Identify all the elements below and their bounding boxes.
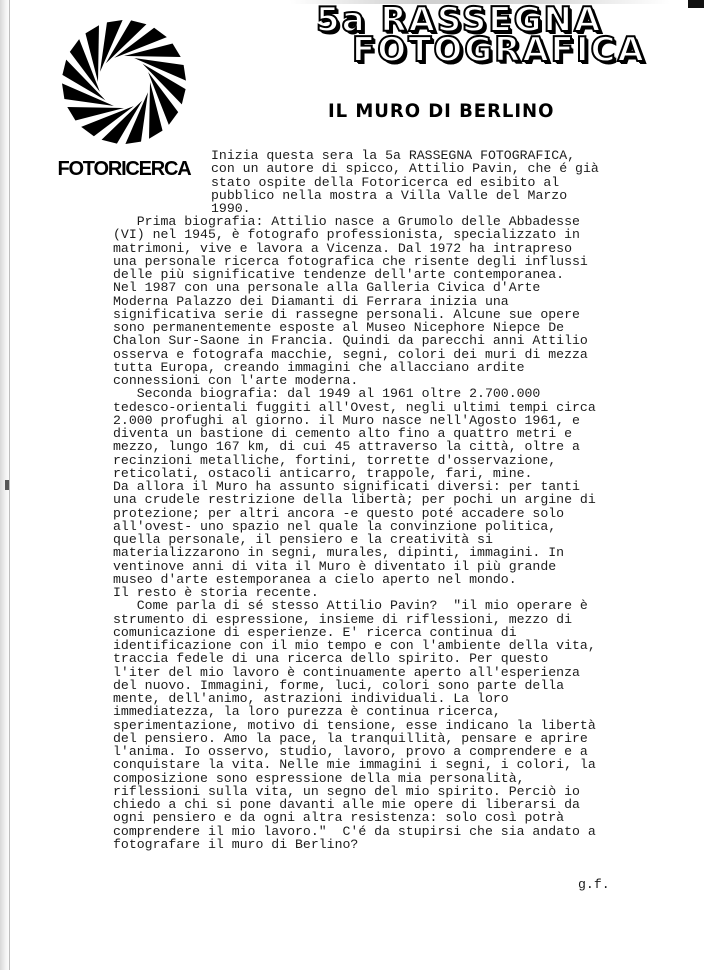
text-line: tutta Europa, creando immagini che allac…: [113, 361, 596, 374]
text-line: (VI) nel 1945, è fotografo professionist…: [113, 228, 596, 241]
text-line: Da allora il Muro ha assunto significati…: [113, 480, 596, 493]
text-line: protezione; per altri ancora -e questo p…: [113, 507, 596, 520]
text-line: immediatezza, la loro purezza è continua…: [113, 705, 596, 718]
text-line: conquistare la vita. Nelle mie immagini …: [113, 758, 596, 771]
intro-paragraph: Inizia questa sera la 5a RASSEGNA FOTOGR…: [211, 149, 599, 215]
text-line: Chalon Sur-Saone in Francia. Quindi da p…: [113, 334, 596, 347]
text-line: stato ospite della Fotoricerca ed esibit…: [211, 176, 599, 189]
text-line: diventa un bastione di cemento alto fino…: [113, 427, 596, 440]
author-signature: g.f.: [578, 877, 610, 892]
text-line: Moderna Palazzo dei Diamanti di Ferrara …: [113, 295, 596, 308]
scan-margin-line: [9, 0, 10, 970]
article-subtitle: IL MURO DI BERLINO: [328, 100, 554, 122]
text-line: con un autore di spicco, Attilio Pavin, …: [211, 162, 599, 175]
text-line: quella personale, il pensiero e la creat…: [113, 533, 596, 546]
article-body: Prima biografia: Attilio nasce a Grumolo…: [113, 215, 596, 851]
headline-line-2: FOTOGRAFICA: [352, 30, 646, 70]
text-line: recinzioni metalliche, fortini, torrette…: [113, 454, 596, 467]
text-line: strumento di espressione, insieme di rif…: [113, 613, 596, 626]
text-line: ventinove anni di vita il Muro è diventa…: [113, 560, 596, 573]
text-line: matrimoni, vive e lavora a Vicenza. Dal …: [113, 242, 596, 255]
text-line: Seconda biografia: dal 1949 al 1961 oltr…: [113, 387, 596, 400]
text-line: reticolati, ostacoli anticarro, trappole…: [113, 467, 596, 480]
logo-wordmark: FOTORICERCA: [48, 158, 200, 181]
corner-mark: [688, 0, 704, 8]
text-line: l'anima. Io osservo, studio, lavoro, pro…: [113, 745, 596, 758]
text-line: una crudele restrizione della libertà; p…: [113, 493, 596, 506]
text-line: traccia fedele di una ricerca dello spir…: [113, 652, 596, 665]
text-line: 2.000 profughi al giorno. il Muro nasce …: [113, 414, 596, 427]
text-line: museo d'arte estemporanea a cielo aperto…: [113, 573, 596, 586]
text-line: del pensiero. Amo la pace, la tranquilli…: [113, 732, 596, 745]
text-line: mezzo, lungo 167 km, di cui 45 attravers…: [113, 440, 596, 453]
fotoricerca-logo: FOTORICERCA: [48, 18, 200, 184]
text-line: riflessioni sulla vita, un segno del mio…: [113, 785, 596, 798]
text-line: composizione sono espressione della mia …: [113, 772, 596, 785]
text-line: all'ovest- uno spazio nel quale la convi…: [113, 520, 596, 533]
aperture-spiral-icon: [60, 18, 188, 146]
text-line: mente, dell'animo, astrazioni individual…: [113, 692, 596, 705]
text-line: una personale ricerca fotografica che ri…: [113, 255, 596, 268]
text-line: fotografare il muro di Berlino?: [113, 838, 596, 851]
text-line: comunicazione di esperienze. E' ricerca …: [113, 626, 596, 639]
text-line: delle più significative tendenze dell'ar…: [113, 268, 596, 281]
text-line: pubblico nella mostra a Villa Valle del …: [211, 189, 599, 202]
text-line: materializzarono in segni, murales, dipi…: [113, 546, 596, 559]
text-line: del nuovo. Immagini, forme, luci, colori…: [113, 679, 596, 692]
text-line: Come parla di sé stesso Attilio Pavin? "…: [113, 599, 596, 612]
text-line: ogni pensiero e da ogni altra resistenza…: [113, 811, 596, 824]
text-line: significativa serie di rassegne personal…: [113, 308, 596, 321]
text-line: connessioni con l'arte moderna.: [113, 374, 596, 387]
text-line: identificazione con il mio tempo e con l…: [113, 639, 596, 652]
scan-speck: [5, 480, 9, 490]
text-line: sperimentazione, motivo di tensione, ess…: [113, 719, 596, 732]
text-line: comprendere il mio lavoro." C'é da stupi…: [113, 825, 596, 838]
text-line: chiedo a chi si pone davanti alle mie op…: [113, 798, 596, 811]
text-line: osserva e fotografa macchie, segni, colo…: [113, 348, 596, 361]
text-line: Il resto è storia recente.: [113, 586, 596, 599]
text-line: l'iter del mio lavoro è continuamente ap…: [113, 666, 596, 679]
text-line: Prima biografia: Attilio nasce a Grumolo…: [113, 215, 596, 228]
text-line: Nel 1987 con una personale alla Galleria…: [113, 281, 596, 294]
text-line: Inizia questa sera la 5a RASSEGNA FOTOGR…: [211, 149, 599, 162]
text-line: tedesco-orientali fuggiti all'Ovest, neg…: [113, 401, 596, 414]
text-line: sono permanentemente esposte al Museo Ni…: [113, 321, 596, 334]
